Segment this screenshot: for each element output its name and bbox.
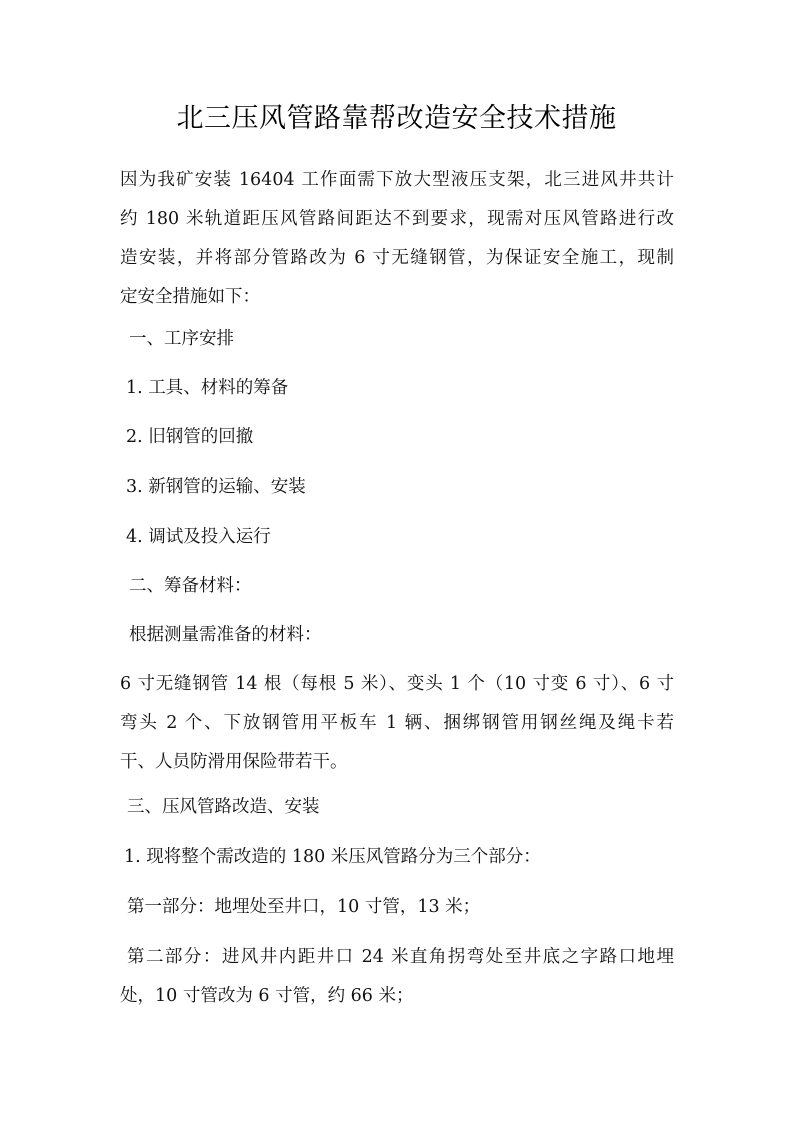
intro-line-1: 因为我矿安装 16404 工作面需下放大型液压支架，北三进风井共计 bbox=[120, 166, 674, 191]
intro-line-3: 造安装，并将部分管路改为 6 寸无缝钢管，为保证安全施工，现制 bbox=[120, 244, 674, 269]
section2-heading: 二、筹备材料： bbox=[129, 572, 252, 597]
materials-line-2: 弯头 2 个、下放钢管用平板车 1 辆、捆绑钢管用钢丝绳及绳卡若 bbox=[120, 709, 674, 734]
section3-heading: 三、压风管路改造、安装 bbox=[127, 793, 320, 818]
section2-subheading: 根据测量需准备的材料： bbox=[129, 621, 322, 646]
section1-item-1: 1. 工具、材料的筹备 bbox=[126, 374, 288, 399]
section1-heading: 一、工序安排 bbox=[129, 325, 234, 350]
intro-line-2: 约 180 米轨道距压风管路间距达不到要求，现需对压风管路进行改 bbox=[120, 205, 674, 230]
document-page: 北三压风管路靠帮改造安全技术措施 因为我矿安装 16404 工作面需下放大型液压… bbox=[0, 0, 793, 1122]
section3-part-2-line-2: 处，10 寸管改为 6 寸管，约 66 米； bbox=[120, 982, 413, 1007]
section3-part-1: 第一部分：地埋处至井口，10 寸管，13 米； bbox=[127, 893, 480, 918]
section3-part-2-line-1: 第二部分：进风井内距井口 24 米直角拐弯处至井底之字路口地埋 bbox=[127, 943, 674, 968]
section1-item-3: 3. 新钢管的运输、安装 bbox=[126, 473, 306, 498]
materials-line-3: 干、人员防滑用保险带若干。 bbox=[120, 748, 348, 773]
document-title: 北三压风管路靠帮改造安全技术措施 bbox=[0, 96, 793, 135]
section1-item-4: 4. 调试及投入运行 bbox=[126, 523, 271, 548]
intro-line-4: 定安全措施如下： bbox=[120, 283, 260, 308]
section1-item-2: 2. 旧钢管的回撤 bbox=[126, 423, 253, 448]
section3-point-1: 1. 现将整个需改造的 180 米压风管路分为三个部分： bbox=[124, 843, 541, 868]
materials-line-1: 6 寸无缝钢管 14 根（每根 5 米）、变头 1 个（10 寸变 6 寸）、6… bbox=[120, 670, 674, 695]
